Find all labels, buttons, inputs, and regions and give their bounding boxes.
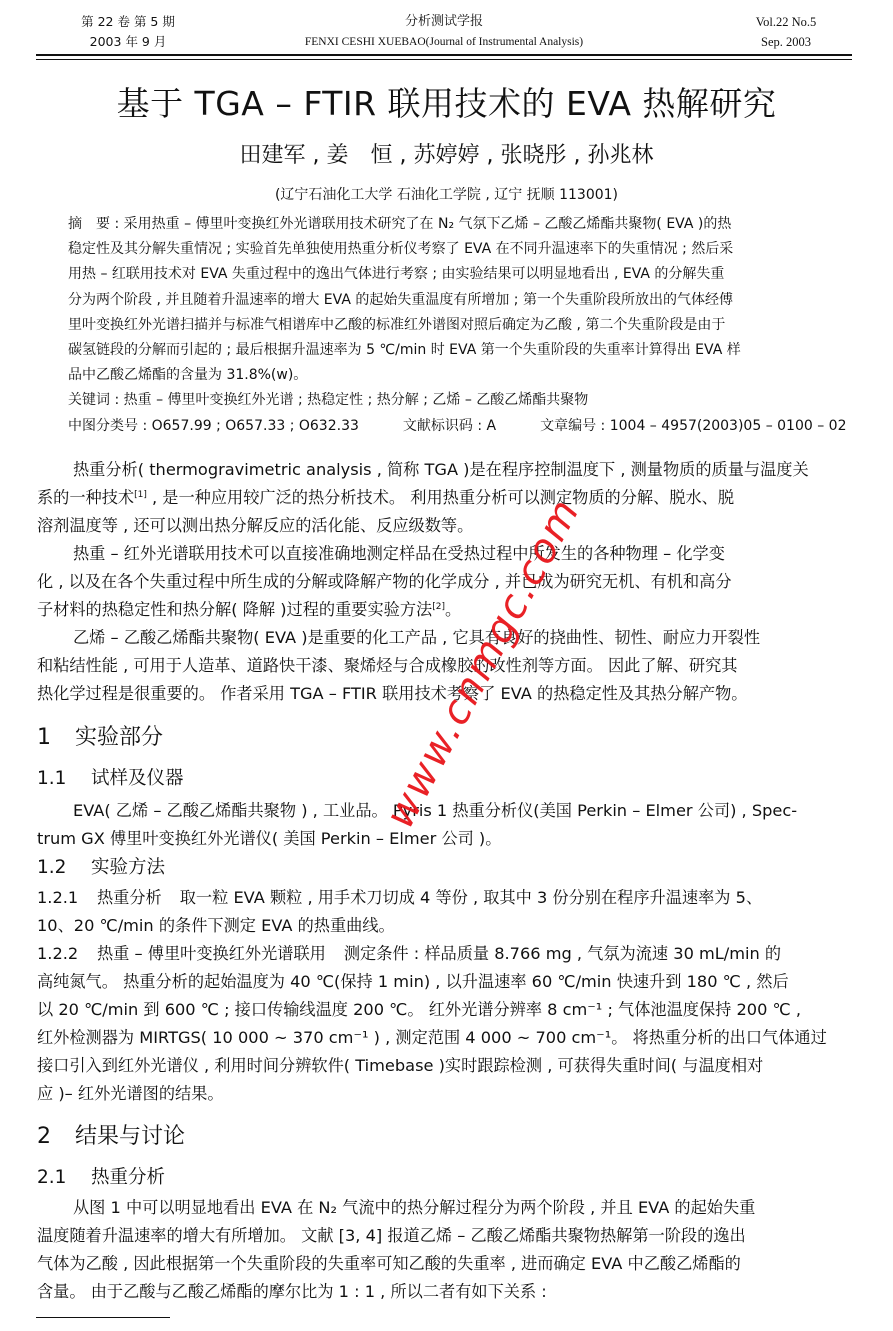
body-line: 1.2.2热重 – 傅里叶变换红外光谱联用测定条件 : 样品质量 8.766 m…: [37, 940, 853, 968]
body-line: 子材料的热稳定性和热分解( 降解 )过程的重要实验方法[2]。: [37, 596, 853, 624]
subsection-heading: 1.2实验方法: [37, 854, 165, 882]
subsection-heading: 2.1热重分析: [37, 1164, 165, 1192]
keywords-label: 关键词 :: [68, 392, 124, 408]
subsubsection-title: 热重分析: [97, 884, 162, 912]
keywords: 热重 – 傅里叶变换红外光谱 ; 热稳定性 ; 热分解 ; 乙烯 – 乙酸乙烯酯…: [124, 392, 589, 408]
doc-code-value: A: [487, 418, 497, 434]
volume-issue-cn: 第 22 卷 第 5 期: [78, 12, 178, 32]
issue-info: 第 22 卷 第 5 期 2003 年 9 月: [78, 12, 178, 52]
abstract-line: 里叶变换红外光谱扫描并与标准气相谱库中乙酸的标准红外谱图对照后确定为乙酸 , 第…: [68, 313, 848, 338]
abstract-line: 稳定性及其分解失重情况 ; 实验首先单独使用热重分析仪考察了 EVA 在不同升温…: [68, 237, 848, 262]
abstract-label: 摘 要 :: [68, 216, 124, 232]
section-1-2-1-body: 1.2.1热重分析取一粒 EVA 颗粒 , 用手术刀切成 4 等份 , 取其中 …: [37, 884, 853, 1108]
abstract-line: 碳氢链段的分解而引起的 ; 最后根据升温速率为 5 ℃/min 时 EVA 第一…: [68, 338, 848, 363]
citation-ref: [1]: [134, 490, 147, 500]
subsection-heading: 1.1试样及仪器: [37, 765, 184, 793]
body-line: 10、20 ℃/min 的条件下测定 EVA 的热重曲线。: [37, 912, 853, 940]
keywords-line: 关键词 : 热重 – 傅里叶变换红外光谱 ; 热稳定性 ; 热分解 ; 乙烯 –…: [68, 388, 848, 413]
abstract-line: 用热 – 红联用技术对 EVA 失重过程中的逸出气体进行考察 ; 由实验结果可以…: [68, 262, 848, 287]
body-line: 从图 1 中可以明显地看出 EVA 在 N₂ 气流中的热分解过程分为两个阶段 ,…: [37, 1194, 853, 1222]
body-line: 温度随着升温速率的增大有所增加。 文献 [3, 4] 报道乙烯 – 乙酸乙烯酯共…: [37, 1222, 853, 1250]
header-double-rule: [36, 54, 852, 60]
body-line: 热化学过程是很重要的。 作者采用 TGA – FTIR 联用技术考察了 EVA …: [37, 680, 853, 708]
section-1-1-body: EVA( 乙烯 – 乙酸乙烯酯共聚物 ) , 工业品。 Pyris 1 热重分析…: [37, 797, 853, 853]
body-line: 气体为乙酸 , 因此根据第一个失重阶段的失重率可知乙酸的失重率 , 进而确定 E…: [37, 1250, 853, 1278]
section-heading: 1实验部分: [37, 723, 163, 753]
abstract-block: 摘 要 : 采用热重 – 傅里叶变换红外光谱联用技术研究了在 N₂ 气氛下乙烯 …: [68, 212, 848, 439]
subsubsection-title: 热重 – 傅里叶变换红外光谱联用: [97, 940, 326, 968]
subsubsection-number: 1.2.1: [37, 884, 97, 912]
body-line: 含量。 由于乙酸与乙酸乙烯酯的摩尔比为 1 : 1 , 所以二者有如下关系 :: [37, 1278, 853, 1306]
body-line: 高纯氮气。 热重分析的起始温度为 40 ℃(保持 1 min) , 以升温速率 …: [37, 968, 853, 996]
body-line: 应 )– 红外光谱图的结果。: [37, 1080, 853, 1108]
body-line: 系的一种技术[1] , 是一种应用较广泛的热分析技术。 利用热重分析可以测定物质…: [37, 484, 853, 512]
subsubsection-number: 1.2.2: [37, 940, 97, 968]
footnote-rule: [36, 1317, 170, 1318]
body-line: 化 , 以及在各个失重过程中所生成的分解或降解产物的化学成分 , 并已成为研究无…: [37, 568, 853, 596]
body-line: trum GX 傅里叶变换红外光谱仪( 美国 Perkin – Elmer 公司…: [37, 825, 853, 853]
doc-code-label: 文献标识码 :: [403, 418, 487, 434]
classification-line: 中图分类号 : O657.99 ; O657.33 ; O632.33文献标识码…: [68, 414, 848, 439]
intro-section: 热重分析( thermogravimetric analysis , 简称 TG…: [37, 456, 853, 708]
body-line: 红外检测器为 MIRTGS( 10 000 ~ 370 cm⁻¹ ) , 测定范…: [37, 1024, 853, 1052]
body-line: EVA( 乙烯 – 乙酸乙烯酯共聚物 ) , 工业品。 Pyris 1 热重分析…: [37, 797, 853, 825]
article-title: 基于 TGA – FTIR 联用技术的 EVA 热解研究: [0, 82, 893, 126]
abstract-line: 品中乙酸乙烯酯的含量为 31.8%(w)。: [68, 363, 848, 388]
body-line: 乙烯 – 乙酸乙烯酯共聚物( EVA )是重要的化工产品 , 它具有良好的挠曲性…: [37, 624, 853, 652]
issue-info-en: Vol.22 No.5 Sep. 2003: [746, 12, 826, 52]
body-line: 以 20 ℃/min 到 600 ℃ ; 接口传输线温度 200 ℃。 红外光谱…: [37, 996, 853, 1024]
author-affiliation: (辽宁石油化工大学 石油化工学院 , 辽宁 抚顺 113001): [0, 184, 893, 206]
journal-page: 分析测试学报 FENXI CESHI XUEBAO(Journal of Ins…: [0, 0, 893, 1331]
abstract-line: 摘 要 : 采用热重 – 傅里叶变换红外光谱联用技术研究了在 N₂ 气氛下乙烯 …: [68, 212, 848, 237]
body-line: 1.2.1热重分析取一粒 EVA 颗粒 , 用手术刀切成 4 等份 , 取其中 …: [37, 884, 853, 912]
clc-label: 中图分类号 :: [68, 418, 152, 434]
section-heading: 2结果与讨论: [37, 1122, 185, 1152]
article-no-value: 1004 – 4957(2003)05 – 0100 – 02: [610, 418, 847, 434]
running-header: 分析测试学报 FENXI CESHI XUEBAO(Journal of Ins…: [36, 12, 852, 52]
article-authors: 田建军 , 姜 恒 , 苏婷婷 , 张晓彤 , 孙兆林: [0, 140, 893, 172]
issue-date-cn: 2003 年 9 月: [78, 32, 178, 52]
body-line: 溶剂温度等 , 还可以测出热分解反应的活化能、反应级数等。: [37, 512, 853, 540]
article-no-label: 文章编号 :: [540, 418, 610, 434]
section-2-1-body: 从图 1 中可以明显地看出 EVA 在 N₂ 气流中的热分解过程分为两个阶段 ,…: [37, 1194, 853, 1306]
body-line: 和粘结性能 , 可用于人造革、道路快干漆、聚烯烃与合成橡胶的改性剂等方面。 因此…: [37, 652, 853, 680]
abstract-line: 分为两个阶段 , 并且随着升温速率的增大 EVA 的起始失重温度有所增加 ; 第…: [68, 288, 848, 313]
body-line: 热重分析( thermogravimetric analysis , 简称 TG…: [37, 456, 853, 484]
citation-ref: [2]: [432, 602, 445, 612]
volume-issue-en: Vol.22 No.5: [746, 12, 826, 32]
body-line: 接口引入到红外光谱仪 , 利用时间分辨软件( Timebase )实时跟踪检测 …: [37, 1052, 853, 1080]
clc-value: O657.99 ; O657.33 ; O632.33: [152, 418, 359, 434]
body-line: 热重 – 红外光谱联用技术可以直接准确地测定样品在受热过程中所发生的各种物理 –…: [37, 540, 853, 568]
issue-date-en: Sep. 2003: [746, 32, 826, 52]
